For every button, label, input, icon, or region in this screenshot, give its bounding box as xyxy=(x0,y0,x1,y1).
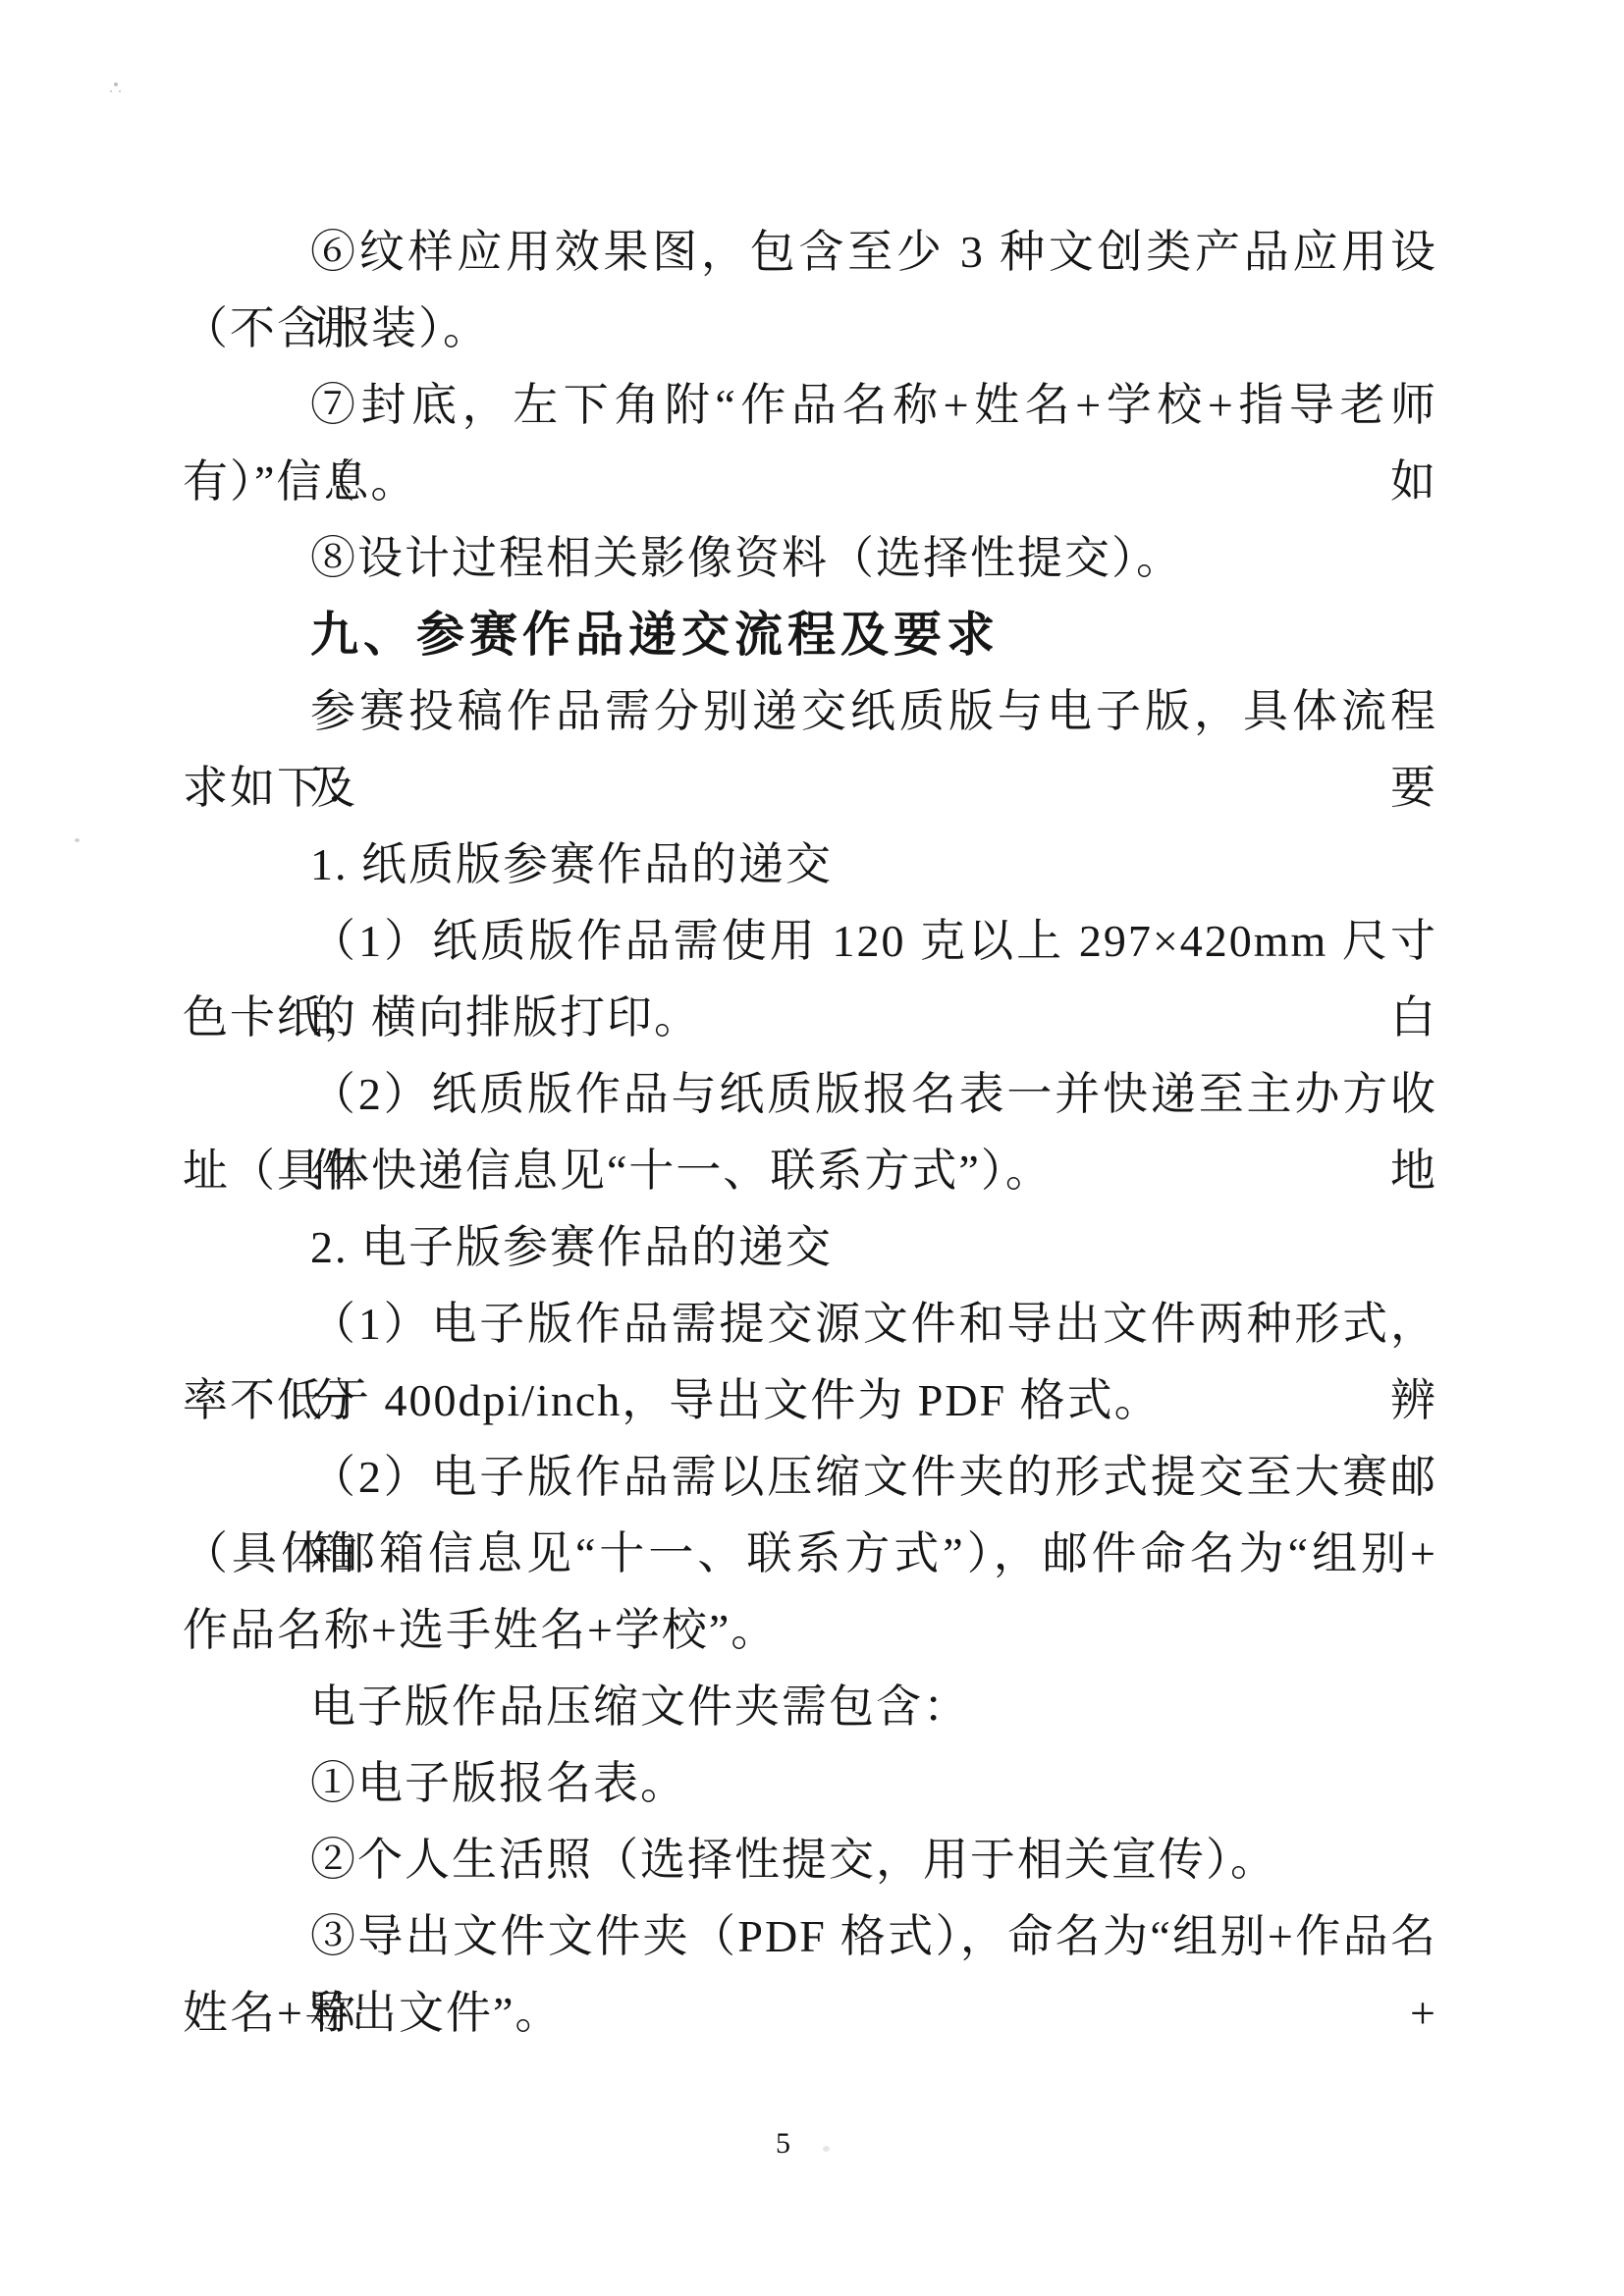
text-line: ③导出文件文件夹（PDF 格式），命名为“组别+作品名称+ xyxy=(183,1898,1437,1975)
text-line: ②个人生活照（选择性提交，用于相关宣传）。 xyxy=(183,1822,1437,1898)
text-line: （具体邮箱信息见“十一、联系方式”），邮件命名为“组别+ xyxy=(183,1516,1437,1592)
text-line: 参赛投稿作品需分别递交纸质版与电子版，具体流程及要 xyxy=(183,673,1437,750)
text-line: （1）电子版作品需提交源文件和导出文件两种形式，分辨 xyxy=(183,1286,1437,1362)
page-number: 5 xyxy=(776,2124,835,2163)
list-item-heading: 1. 纸质版参赛作品的递交 xyxy=(183,827,1437,903)
list-item-heading: 2. 电子版参赛作品的递交 xyxy=(183,1209,1437,1286)
text-line: （不含服装）。 xyxy=(183,291,1437,367)
document-body: ⑥纹样应用效果图，包含至少 3 种文创类产品应用设计 （不含服装）。 ⑦封底，左… xyxy=(183,214,1437,2052)
scan-speck-left-margin xyxy=(75,838,80,842)
text-line: ⑧设计过程相关影像资料（选择性提交）。 xyxy=(183,520,1437,597)
section-heading: 九、参赛作品递交流程及要求 xyxy=(183,597,1437,673)
text-line: ⑥纹样应用效果图，包含至少 3 种文创类产品应用设计 xyxy=(183,214,1437,291)
scan-smudge-top-left xyxy=(114,82,118,86)
text-line: （2）电子版作品需以压缩文件夹的形式提交至大赛邮箱 xyxy=(183,1439,1437,1516)
text-line: 电子版作品压缩文件夹需包含： xyxy=(183,1669,1437,1745)
text-line: 作品名称+选手姓名+学校”。 xyxy=(183,1592,1437,1669)
text-line: ①电子版报名表。 xyxy=(183,1745,1437,1822)
text-line: （1）纸质版作品需使用 120 克以上 297×420mm 尺寸的白 xyxy=(183,903,1437,980)
text-line: ⑦封底，左下角附“作品名称+姓名+学校+指导老师（如 xyxy=(183,367,1437,444)
text-line: （2）纸质版作品与纸质版报名表一并快递至主办方收件地 xyxy=(183,1056,1437,1133)
document-page: ⑥纹样应用效果图，包含至少 3 种文创类产品应用设计 （不含服装）。 ⑦封底，左… xyxy=(0,0,1624,2296)
